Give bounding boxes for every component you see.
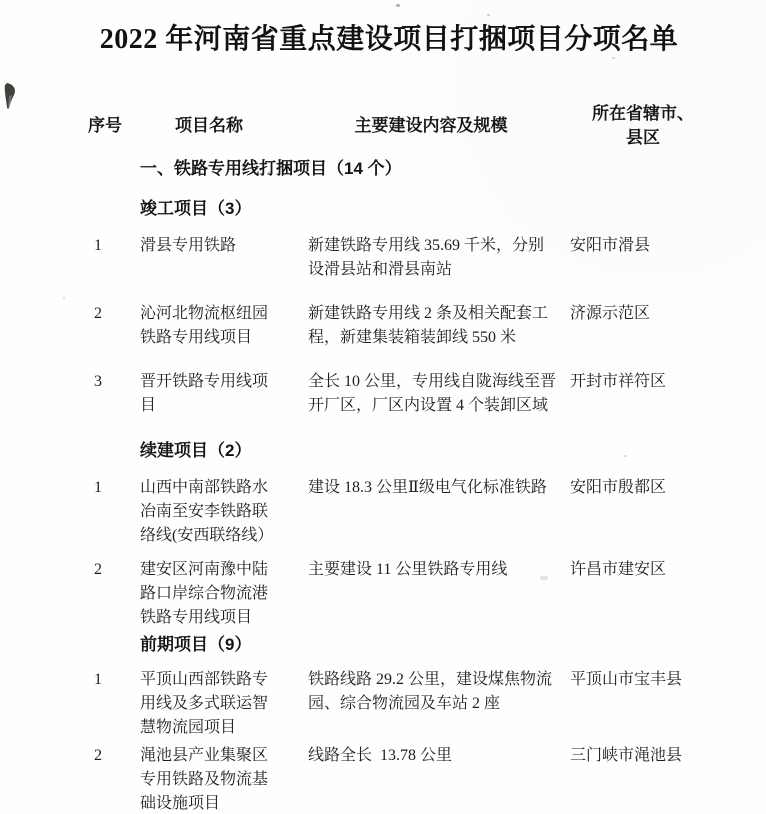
header-region: 所在省辖市、 县区 — [570, 102, 716, 150]
pen-stroke-artifact — [3, 82, 19, 112]
row-region: 开封市祥符区 — [570, 370, 716, 394]
row-seq: 2 — [88, 558, 140, 582]
group-heading-continued: 续建项目（2） — [140, 438, 716, 464]
table-row: 2 渑池县产业集聚区专用铁路及物流基础设施项目 线路全长 13.78 公里 三门… — [88, 744, 716, 814]
section-heading-railway: 一、铁路专用线打捆项目（14 个） — [140, 156, 716, 182]
row-seq: 2 — [88, 302, 140, 326]
table-row: 1 滑县专用铁路 新建铁路专用线 35.69 千米，分别设滑县站和滑县南站 安阳… — [88, 234, 716, 282]
row-region: 平顶山市宝丰县 — [570, 668, 716, 692]
page-title: 2022 年河南省重点建设项目打捆项目分项名单 — [50, 20, 728, 60]
row-region: 三门峡市渑池县 — [570, 744, 716, 768]
header-content-scale: 主要建设内容及规模 — [308, 114, 570, 138]
table-row: 1 平顶山西部铁路专用线及多式联运智慧物流园项目 铁路线路 29.2 公里，建设… — [88, 668, 716, 740]
table-row: 2 建安区河南豫中陆路口岸综合物流港铁路专用线项目 主要建设 11 公里铁路专用… — [88, 558, 716, 630]
row-project-name: 平顶山西部铁路专用线及多式联运智慧物流园项目 — [140, 668, 308, 740]
table-row: 3 晋开铁路专用线项目 全长 10 公里，专用线自陇海线至晋开厂区，厂区内设置 … — [88, 370, 716, 418]
row-region: 许昌市建安区 — [570, 558, 716, 582]
row-project-name: 晋开铁路专用线项目 — [140, 370, 308, 418]
row-project-name: 建安区河南豫中陆路口岸综合物流港铁路专用线项目 — [140, 558, 308, 630]
group-heading-early: 前期项目（9） — [140, 632, 716, 658]
table-row: 1 山西中南部铁路水冶南至安李铁路联络线(安西联络线） 建设 18.3 公里Ⅱ级… — [88, 476, 716, 548]
row-project-name: 滑县专用铁路 — [140, 234, 308, 258]
row-seq: 1 — [88, 668, 140, 692]
row-seq: 1 — [88, 234, 140, 258]
group-early: 前期项目（9） 1 平顶山西部铁路专用线及多式联运智慧物流园项目 铁路线路 29… — [88, 632, 716, 814]
scan-speck — [396, 4, 400, 7]
header-region-line1: 所在省辖市、 — [570, 102, 716, 126]
row-region: 安阳市殷都区 — [570, 476, 716, 500]
table-header: 序号 项目名称 主要建设内容及规模 所在省辖市、 县区 — [88, 102, 716, 150]
row-seq: 1 — [88, 476, 140, 500]
row-seq: 3 — [88, 370, 140, 394]
row-content: 全长 10 公里，专用线自陇海线至晋开厂区，厂区内设置 4 个装卸区域 — [308, 370, 570, 418]
header-region-line2: 县区 — [570, 126, 716, 150]
row-seq: 2 — [88, 744, 140, 768]
scan-speck — [487, 14, 490, 16]
row-project-name: 渑池县产业集聚区专用铁路及物流基础设施项目 — [140, 744, 308, 814]
row-content: 线路全长 13.78 公里 — [308, 744, 570, 768]
row-content: 建设 18.3 公里Ⅱ级电气化标准铁路 — [308, 476, 570, 500]
group-heading-completed: 竣工项目（3） — [140, 196, 716, 222]
group-completed: 竣工项目（3） 1 滑县专用铁路 新建铁路专用线 35.69 千米，分别设滑县站… — [88, 196, 716, 418]
group-continued: 续建项目（2） 1 山西中南部铁路水冶南至安李铁路联络线(安西联络线） 建设 1… — [88, 438, 716, 630]
row-project-name: 山西中南部铁路水冶南至安李铁路联络线(安西联络线） — [140, 476, 308, 548]
document-page: 2022 年河南省重点建设项目打捆项目分项名单 序号 项目名称 主要建设内容及规… — [0, 0, 766, 814]
table-row: 2 沁河北物流枢纽园铁路专用线项目 新建铁路专用线 2 条及相关配套工程，新建集… — [88, 302, 716, 350]
row-content: 新建铁路专用线 35.69 千米，分别设滑县站和滑县南站 — [308, 234, 570, 282]
row-region: 安阳市滑县 — [570, 234, 716, 258]
row-content: 主要建设 11 公里铁路专用线 — [308, 558, 570, 582]
row-project-name: 沁河北物流枢纽园铁路专用线项目 — [140, 302, 308, 350]
row-content: 铁路线路 29.2 公里，建设煤焦物流园、综合物流园及车站 2 座 — [308, 668, 570, 716]
header-project-name: 项目名称 — [140, 114, 308, 138]
row-region: 济源示范区 — [570, 302, 716, 326]
scan-speck — [63, 297, 65, 299]
header-seq: 序号 — [88, 114, 140, 138]
row-content: 新建铁路专用线 2 条及相关配套工程，新建集装箱装卸线 550 米 — [308, 302, 570, 350]
